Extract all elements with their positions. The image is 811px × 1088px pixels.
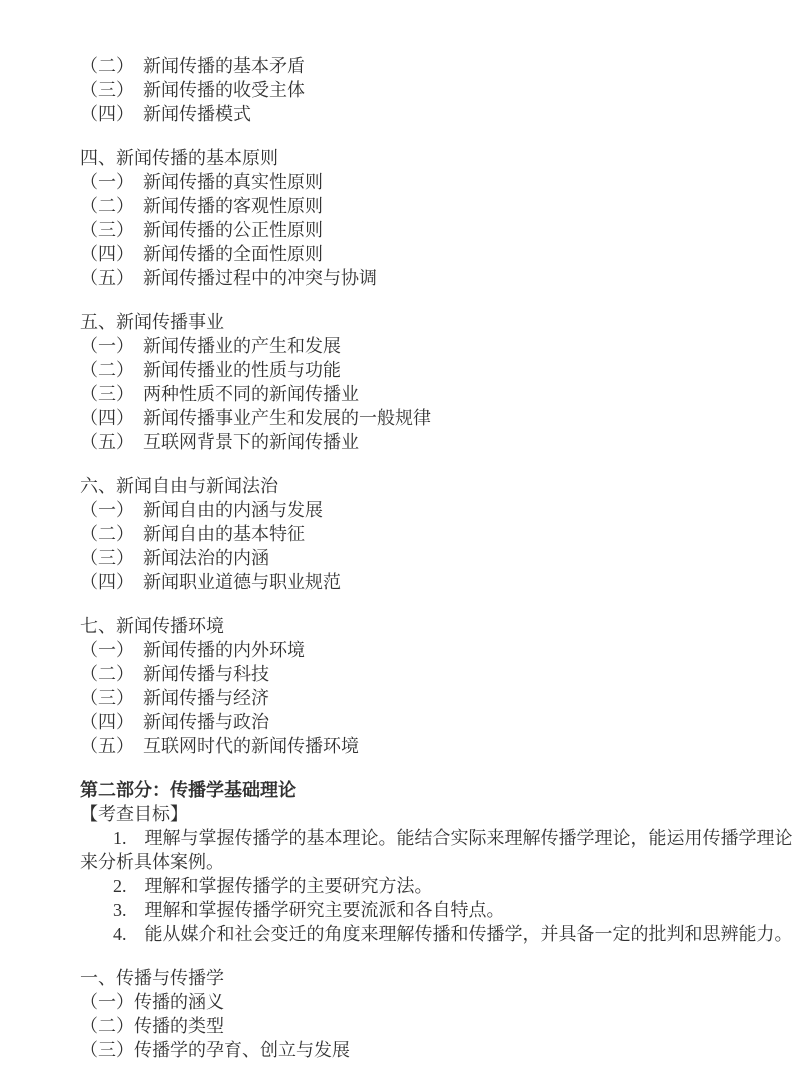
- part-two-title: 第二部分：传播学基础理论: [80, 778, 796, 802]
- objective-paragraph: 3. 理解和掌握传播学研究主要流派和各自特点。: [80, 898, 796, 922]
- outline-item: （一） 新闻传播的内外环境: [80, 638, 796, 662]
- objectives-header: 【考查目标】: [80, 802, 796, 826]
- objective-paragraph: 4. 能从媒介和社会变迁的角度来理解传播和传播学，并具备一定的批判和思辨能力。: [80, 922, 796, 946]
- outline-item: （二） 新闻传播与科技: [80, 662, 796, 686]
- objective-paragraph: 2. 理解和掌握传播学的主要研究方法。: [80, 874, 796, 898]
- section-six: 六、新闻自由与新闻法治 （一） 新闻自由的内涵与发展 （二） 新闻自由的基本特征…: [80, 474, 796, 594]
- outline-item: （二） 新闻传播业的性质与功能: [80, 358, 796, 382]
- outline-item: （四） 新闻传播与政治: [80, 710, 796, 734]
- outline-item: （二） 新闻传播的基本矛盾: [80, 54, 796, 78]
- outline-item: （二） 新闻传播的客观性原则: [80, 194, 796, 218]
- section-seven: 七、新闻传播环境 （一） 新闻传播的内外环境 （二） 新闻传播与科技 （三） 新…: [80, 614, 796, 758]
- outline-item: （三） 新闻法治的内涵: [80, 546, 796, 570]
- outline-item: （三） 两种性质不同的新闻传播业: [80, 382, 796, 406]
- outline-item: （五） 互联网时代的新闻传播环境: [80, 734, 796, 758]
- outline-item: （四） 新闻传播模式: [80, 102, 796, 126]
- outline-item: （三）传播学的孕育、创立与发展: [80, 1038, 796, 1062]
- outline-item: （二） 新闻自由的基本特征: [80, 522, 796, 546]
- outline-item: （三） 新闻传播与经济: [80, 686, 796, 710]
- part-two: 第二部分：传播学基础理论 【考查目标】 1. 理解与掌握传播学的基本理论。能结合…: [80, 778, 796, 946]
- outline-item: （一） 新闻传播业的产生和发展: [80, 334, 796, 358]
- section-title: 一、传播与传播学: [80, 966, 796, 990]
- section-title: 五、新闻传播事业: [80, 310, 796, 334]
- outline-item: （四） 新闻传播事业产生和发展的一般规律: [80, 406, 796, 430]
- section-title: 七、新闻传播环境: [80, 614, 796, 638]
- section-four: 四、新闻传播的基本原则 （一） 新闻传播的真实性原则 （二） 新闻传播的客观性原…: [80, 146, 796, 290]
- outline-item: （五） 互联网背景下的新闻传播业: [80, 430, 796, 454]
- outline-item: （一）传播的涵义: [80, 990, 796, 1014]
- document-page: （二） 新闻传播的基本矛盾 （三） 新闻传播的收受主体 （四） 新闻传播模式 四…: [80, 0, 796, 1062]
- outline-item: （一） 新闻传播的真实性原则: [80, 170, 796, 194]
- outline-items-continued: （二） 新闻传播的基本矛盾 （三） 新闻传播的收受主体 （四） 新闻传播模式: [80, 54, 796, 126]
- outline-item: （二）传播的类型: [80, 1014, 796, 1038]
- outline-item: （一） 新闻自由的内涵与发展: [80, 498, 796, 522]
- part-two-section-one: 一、传播与传播学 （一）传播的涵义 （二）传播的类型 （三）传播学的孕育、创立与…: [80, 966, 796, 1062]
- outline-item: （三） 新闻传播的公正性原则: [80, 218, 796, 242]
- section-title: 六、新闻自由与新闻法治: [80, 474, 796, 498]
- section-five: 五、新闻传播事业 （一） 新闻传播业的产生和发展 （二） 新闻传播业的性质与功能…: [80, 310, 796, 454]
- outline-item: （五） 新闻传播过程中的冲突与协调: [80, 266, 796, 290]
- outline-item: （三） 新闻传播的收受主体: [80, 78, 796, 102]
- outline-item: （四） 新闻职业道德与职业规范: [80, 570, 796, 594]
- objective-paragraph: 1. 理解与掌握传播学的基本理论。能结合实际来理解传播学理论，能运用传播学理论来…: [80, 826, 796, 874]
- outline-item: （四） 新闻传播的全面性原则: [80, 242, 796, 266]
- section-title: 四、新闻传播的基本原则: [80, 146, 796, 170]
